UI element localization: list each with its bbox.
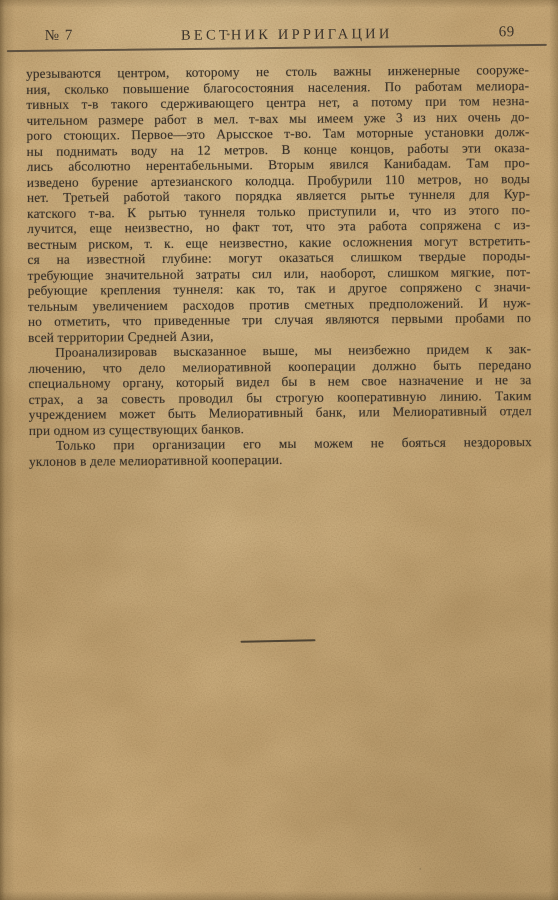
paragraph: урезываются центром, которому не столь в… bbox=[26, 62, 531, 345]
article-body: урезываются центром, которому не столь в… bbox=[26, 62, 532, 469]
journal-title: ВЕСТНИК ИРРИГАЦИИ bbox=[181, 26, 393, 45]
issue-number: № 7 bbox=[45, 28, 74, 45]
paragraph: Проанализировав высказанное выше, мы неи… bbox=[28, 341, 532, 438]
scanned-journal-page: № 7 ВЕСТНИК ИРРИГАЦИИ 69 урезываются цен… bbox=[0, 0, 558, 900]
ink-speck bbox=[227, 33, 230, 35]
ink-speck bbox=[419, 868, 421, 870]
article-end-divider bbox=[240, 639, 315, 643]
page-number: 69 bbox=[499, 24, 515, 41]
text-line: уклонов в деле мелиоративной кооперации. bbox=[29, 450, 532, 469]
paragraph: Только при организации его мы можем не б… bbox=[29, 434, 532, 469]
